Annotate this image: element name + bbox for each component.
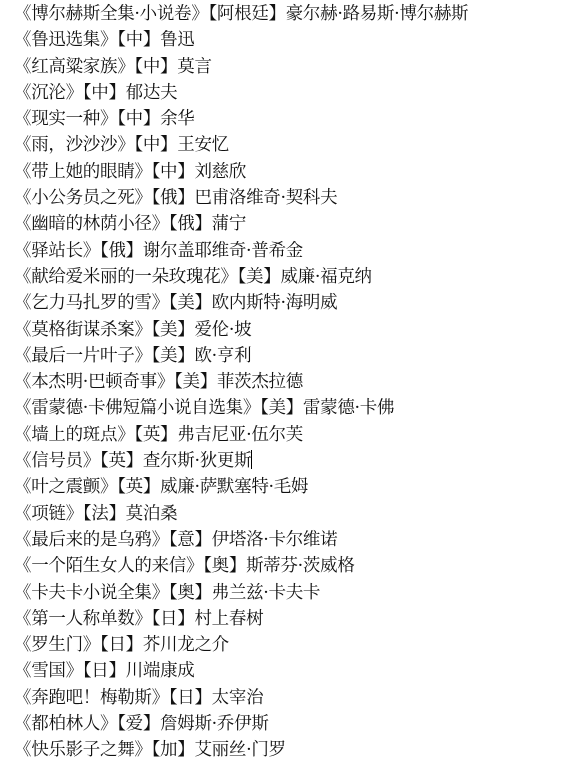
author-name: 艾丽丝·门罗 [194, 740, 285, 760]
book-title: 《莫格街谋杀案》 [14, 320, 152, 340]
book-title: 《一个陌生女人的来信》 [14, 556, 203, 576]
author-name: 雷蒙德·卡佛 [303, 398, 394, 418]
list-item[interactable]: 《小公务员之死》【俄】巴甫洛维奇·契科夫 [14, 185, 562, 211]
author-name: 谢尔盖耶维奇·普希金 [143, 241, 303, 261]
author-country: 【俄】 [100, 241, 143, 261]
list-item[interactable]: 《项链》【法】莫泊桑 [14, 501, 562, 527]
author-name: 刘慈欣 [194, 162, 246, 182]
author-name: 斯蒂芬·茨威格 [246, 556, 354, 576]
list-item[interactable]: 《墙上的斑点》【英】弗吉尼亚·伍尔芙 [14, 422, 562, 448]
author-country: 【中】 [117, 30, 160, 50]
author-country: 【美】 [152, 320, 195, 340]
author-name: 豪尔赫·路易斯·博尔赫斯 [286, 4, 469, 24]
list-item[interactable]: 《叶之震颤》【英】威廉·萨默塞特·毛姆 [14, 474, 562, 500]
list-item[interactable]: 《快乐影子之舞》【加】艾丽丝·门罗 [14, 737, 562, 763]
author-name: 鲁迅 [160, 30, 194, 50]
list-item[interactable]: 《莫格街谋杀案》【美】爱伦·坡 [14, 317, 562, 343]
list-item[interactable]: 《博尔赫斯全集·小说卷》【阿根廷】豪尔赫·路易斯·博尔赫斯 [14, 1, 562, 27]
book-title: 《本杰明·巴顿奇事》 [14, 372, 174, 392]
author-country: 【英】 [117, 477, 160, 497]
author-name: 弗吉尼亚·伍尔芙 [177, 425, 303, 445]
list-item[interactable]: 《罗生门》【日】芥川龙之介 [14, 632, 562, 658]
list-item[interactable]: 《乞力马扎罗的雪》【美】欧内斯特·海明威 [14, 290, 562, 316]
list-item[interactable]: 《信号员》【英】查尔斯·狄更斯 [14, 448, 562, 474]
book-title: 《罗生门》 [14, 635, 100, 655]
author-country: 【奥】 [169, 583, 212, 603]
author-name: 村上春树 [194, 609, 263, 629]
author-country: 【英】 [134, 425, 177, 445]
text-caret [251, 450, 252, 469]
author-name: 弗兰兹·卡夫卡 [212, 583, 320, 603]
author-name: 威廉·萨默塞特·毛姆 [160, 477, 308, 497]
book-title: 《乞力马扎罗的雪》 [14, 293, 169, 313]
book-title: 《雪国》 [14, 661, 83, 681]
list-item[interactable]: 《献给爱米丽的一朵玫瑰花》【美】威廉·福克纳 [14, 264, 562, 290]
list-item[interactable]: 《本杰明·巴顿奇事》【美】菲茨杰拉德 [14, 369, 562, 395]
book-title: 《驿站长》 [14, 241, 100, 261]
book-title: 《献给爱米丽的一朵玫瑰花》 [14, 267, 238, 287]
book-title: 《红高粱家族》 [14, 57, 134, 77]
author-country: 【奥】 [203, 556, 246, 576]
list-item[interactable]: 《最后来的是乌鸦》【意】伊塔洛·卡尔维诺 [14, 527, 562, 553]
author-name: 川端康成 [126, 661, 195, 681]
list-item[interactable]: 《一个陌生女人的来信》【奥】斯蒂芬·茨威格 [14, 553, 562, 579]
book-title: 《沉沦》 [14, 83, 83, 103]
author-name: 欧内斯特·海明威 [212, 293, 338, 313]
book-title: 《雨，沙沙沙》 [14, 135, 134, 155]
author-name: 郁达夫 [126, 83, 178, 103]
author-country: 【美】 [174, 372, 217, 392]
author-country: 【中】 [152, 162, 195, 182]
author-country: 【法】 [83, 504, 126, 524]
list-item[interactable]: 《驿站长》【俄】谢尔盖耶维奇·普希金 [14, 238, 562, 264]
book-title: 《墙上的斑点》 [14, 425, 134, 445]
list-item[interactable]: 《都柏林人》【爱】詹姆斯·乔伊斯 [14, 711, 562, 737]
author-country: 【俄】 [152, 188, 195, 208]
author-name: 余华 [160, 109, 194, 129]
book-title: 《鲁迅选集》 [14, 30, 117, 50]
list-item[interactable]: 《雨，沙沙沙》【中】王安忆 [14, 132, 562, 158]
author-country: 【美】 [169, 293, 212, 313]
author-country: 【美】 [238, 267, 281, 287]
author-country: 【意】 [169, 530, 212, 550]
author-country: 【美】 [152, 346, 195, 366]
list-item[interactable]: 《第一人称单数》【日】村上春树 [14, 606, 562, 632]
author-name: 莫言 [177, 57, 211, 77]
author-name: 王安忆 [177, 135, 229, 155]
list-item[interactable]: 《红高粱家族》【中】莫言 [14, 54, 562, 80]
author-name: 芥川龙之介 [143, 635, 229, 655]
author-name: 詹姆斯·乔伊斯 [160, 714, 268, 734]
author-country: 【中】 [117, 109, 160, 129]
author-country: 【日】 [100, 635, 143, 655]
author-name: 蒲宁 [212, 214, 246, 234]
author-country: 【中】 [134, 57, 177, 77]
book-title: 《卡夫卡小说全集》 [14, 583, 169, 603]
list-item[interactable]: 《带上她的眼睛》【中】刘慈欣 [14, 159, 562, 185]
author-country: 【爱】 [117, 714, 160, 734]
author-name: 查尔斯·狄更斯 [143, 451, 251, 471]
book-title: 《都柏林人》 [14, 714, 117, 734]
author-country: 【俄】 [169, 214, 212, 234]
list-item[interactable]: 《现实一种》【中】余华 [14, 106, 562, 132]
author-country: 【日】 [152, 609, 195, 629]
author-country: 【日】 [83, 661, 126, 681]
author-name: 爱伦·坡 [194, 320, 251, 340]
list-item[interactable]: 《奔跑吧！梅勒斯》【日】太宰治 [14, 685, 562, 711]
author-name: 菲茨杰拉德 [217, 372, 303, 392]
list-item[interactable]: 《幽暗的林荫小径》【俄】蒲宁 [14, 211, 562, 237]
author-country: 【加】 [152, 740, 195, 760]
author-country: 【日】 [169, 688, 212, 708]
list-item[interactable]: 《沉沦》【中】郁达夫 [14, 80, 562, 106]
author-name: 威廉·福克纳 [280, 267, 371, 287]
author-country: 【中】 [134, 135, 177, 155]
author-country: 【中】 [83, 83, 126, 103]
document-body[interactable]: 《博尔赫斯全集·小说卷》【阿根廷】豪尔赫·路易斯·博尔赫斯 《鲁迅选集》【中】鲁… [14, 1, 562, 764]
book-title: 《现实一种》 [14, 109, 117, 129]
book-title: 《博尔赫斯全集·小说卷》 [14, 4, 208, 24]
book-title: 《雷蒙德·卡佛短篇小说自选集》 [14, 398, 260, 418]
list-item[interactable]: 《卡夫卡小说全集》【奥】弗兰兹·卡夫卡 [14, 580, 562, 606]
book-title: 《第一人称单数》 [14, 609, 152, 629]
author-name: 欧·亨利 [194, 346, 251, 366]
author-name: 太宰治 [212, 688, 264, 708]
list-item[interactable]: 《最后一片叶子》【美】欧·亨利 [14, 343, 562, 369]
list-item[interactable]: 《鲁迅选集》【中】鲁迅 [14, 27, 562, 53]
book-title: 《带上她的眼睛》 [14, 162, 152, 182]
list-item[interactable]: 《雪国》【日】川端康成 [14, 658, 562, 684]
book-title: 《幽暗的林荫小径》 [14, 214, 169, 234]
author-name: 伊塔洛·卡尔维诺 [212, 530, 338, 550]
book-title: 《小公务员之死》 [14, 188, 152, 208]
book-title: 《项链》 [14, 504, 83, 524]
author-name: 巴甫洛维奇·契科夫 [194, 188, 337, 208]
book-title: 《信号员》 [14, 451, 100, 471]
author-name: 莫泊桑 [126, 504, 178, 524]
list-item[interactable]: 《雷蒙德·卡佛短篇小说自选集》【美】雷蒙德·卡佛 [14, 395, 562, 421]
author-country: 【美】 [260, 398, 303, 418]
book-title: 《最后一片叶子》 [14, 346, 152, 366]
book-title: 《奔跑吧！梅勒斯》 [14, 688, 169, 708]
author-country: 【英】 [100, 451, 143, 471]
author-country: 【阿根廷】 [208, 4, 285, 24]
book-title: 《最后来的是乌鸦》 [14, 530, 169, 550]
book-title: 《叶之震颤》 [14, 477, 117, 497]
book-title: 《快乐影子之舞》 [14, 740, 152, 760]
